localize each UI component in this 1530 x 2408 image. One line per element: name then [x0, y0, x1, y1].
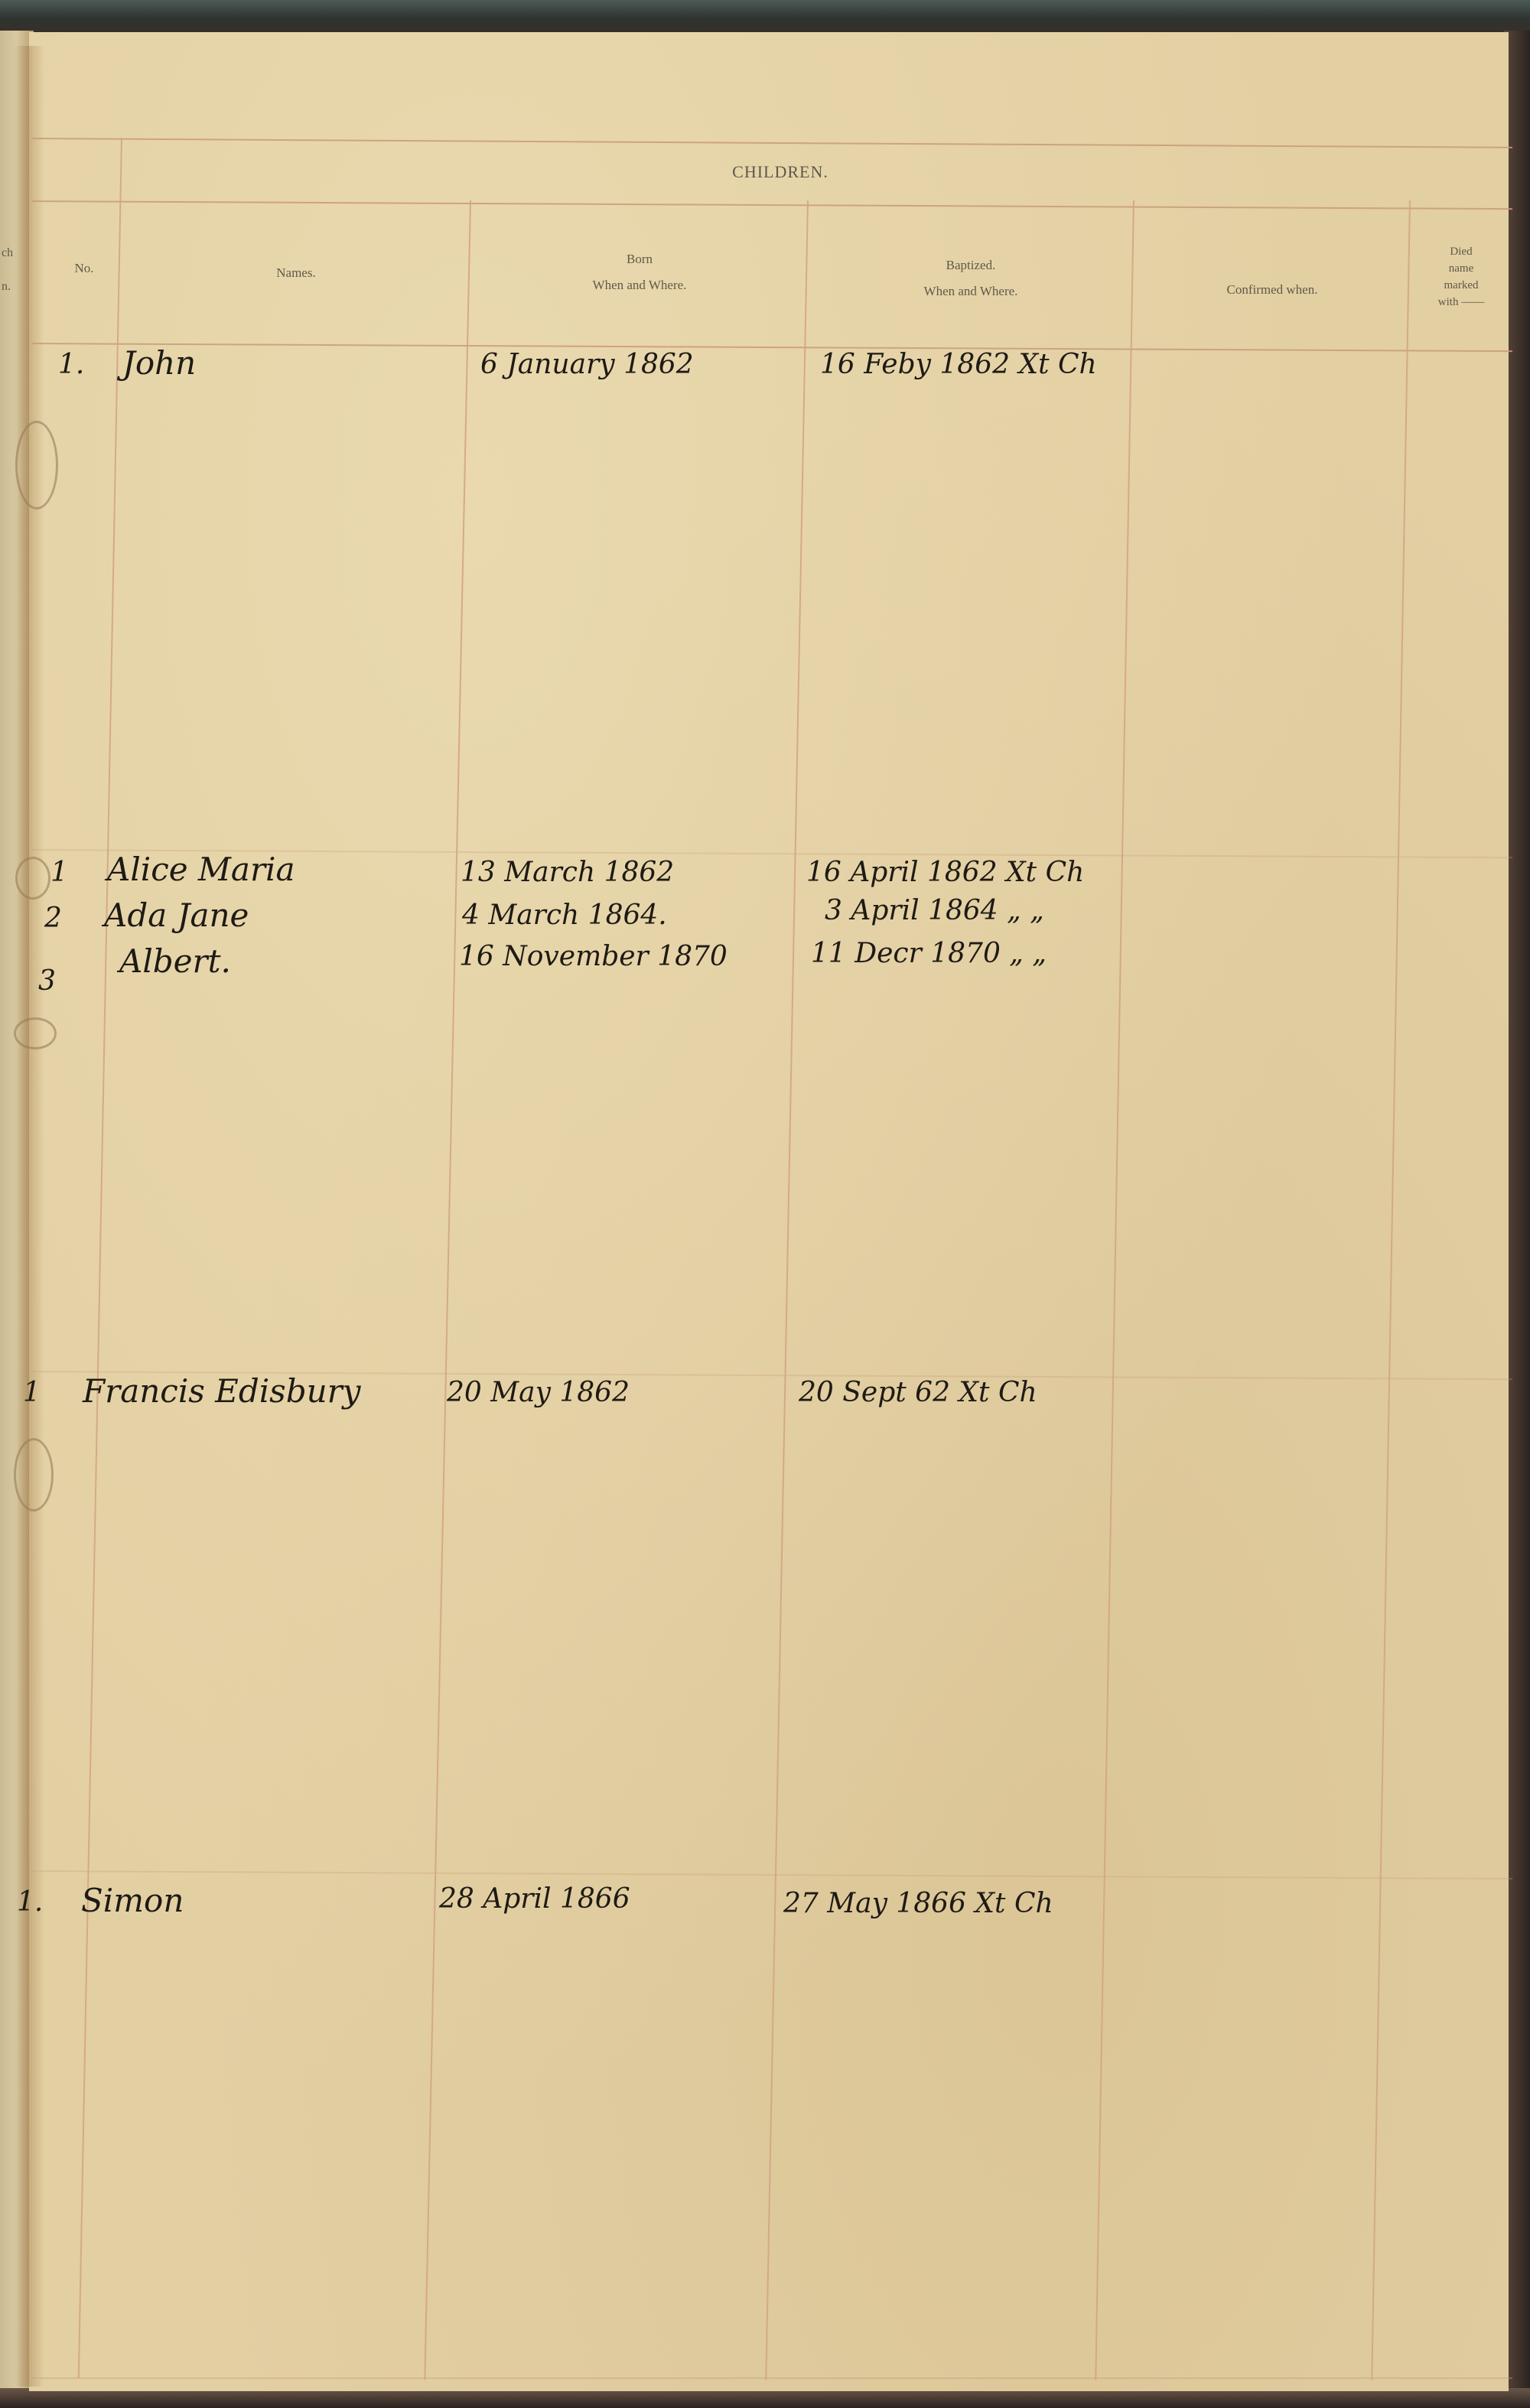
col-header-baptized: Baptized. When and Where.: [809, 252, 1133, 304]
col-header-baptized-line2: When and Where.: [809, 278, 1133, 304]
child-number: 3: [38, 965, 56, 997]
child-baptized: 16 Feby 1862 Xt Ch: [820, 349, 1097, 380]
child-born: 4 March 1864.: [462, 900, 667, 931]
child-number: 1.: [58, 349, 84, 380]
col-header-born-line2: When and Where.: [471, 272, 808, 298]
col-header-died: Died name marked with ——: [1411, 243, 1512, 311]
section-title: CHILDREN.: [474, 162, 1086, 182]
col-header-died-line3: marked: [1411, 277, 1512, 294]
col-header-born-line1: Born: [471, 246, 808, 272]
col-header-died-line2: name: [1411, 260, 1512, 277]
child-baptized: 16 April 1862 Xt Ch: [806, 857, 1084, 888]
child-number: 2: [44, 903, 62, 934]
child-number: 1: [23, 1377, 41, 1408]
child-born: 16 November 1870: [459, 941, 728, 972]
col-header-names: Names.: [122, 260, 470, 286]
child-name: John: [122, 344, 196, 382]
margin-fragment: ch: [2, 246, 13, 260]
col-header-no: No.: [46, 255, 122, 281]
binding-thread: [14, 1438, 54, 1512]
margin-fragment: n.: [2, 280, 11, 294]
binding-thread: [15, 421, 58, 509]
binding-thread: [14, 1017, 57, 1049]
child-name: Francis Edisbury: [83, 1372, 360, 1410]
binding-thread: [15, 857, 50, 900]
child-born: 6 January 1862: [480, 349, 694, 380]
child-baptized: 11 Decr 1870 „ „: [811, 938, 1047, 969]
register-page: [29, 32, 1509, 2391]
gutter-stain: [14, 46, 44, 2387]
child-born: 20 May 1862: [447, 1377, 630, 1408]
child-born: 13 March 1862: [461, 857, 674, 888]
child-name: Simon: [81, 1882, 184, 1919]
col-header-died-line1: Died: [1411, 243, 1512, 260]
col-header-confirmed: Confirmed when.: [1134, 277, 1410, 303]
child-baptized: 20 Sept 62 Xt Ch: [799, 1377, 1037, 1408]
child-baptized: 3 April 1864 „ „: [825, 895, 1044, 926]
child-name: Ada Jane: [104, 896, 249, 934]
col-header-born: Born When and Where.: [471, 246, 808, 298]
child-name: Alice Maria: [107, 851, 295, 888]
child-born: 28 April 1866: [439, 1883, 630, 1915]
child-baptized: 27 May 1866 Xt Ch: [783, 1888, 1053, 1919]
child-number: 1.: [17, 1886, 43, 1918]
col-header-died-line4: with ——: [1411, 294, 1512, 311]
col-header-baptized-line1: Baptized.: [809, 252, 1133, 278]
child-number: 1: [50, 857, 68, 888]
rule-bottom: [32, 2377, 1512, 2379]
child-name: Albert.: [119, 942, 231, 980]
